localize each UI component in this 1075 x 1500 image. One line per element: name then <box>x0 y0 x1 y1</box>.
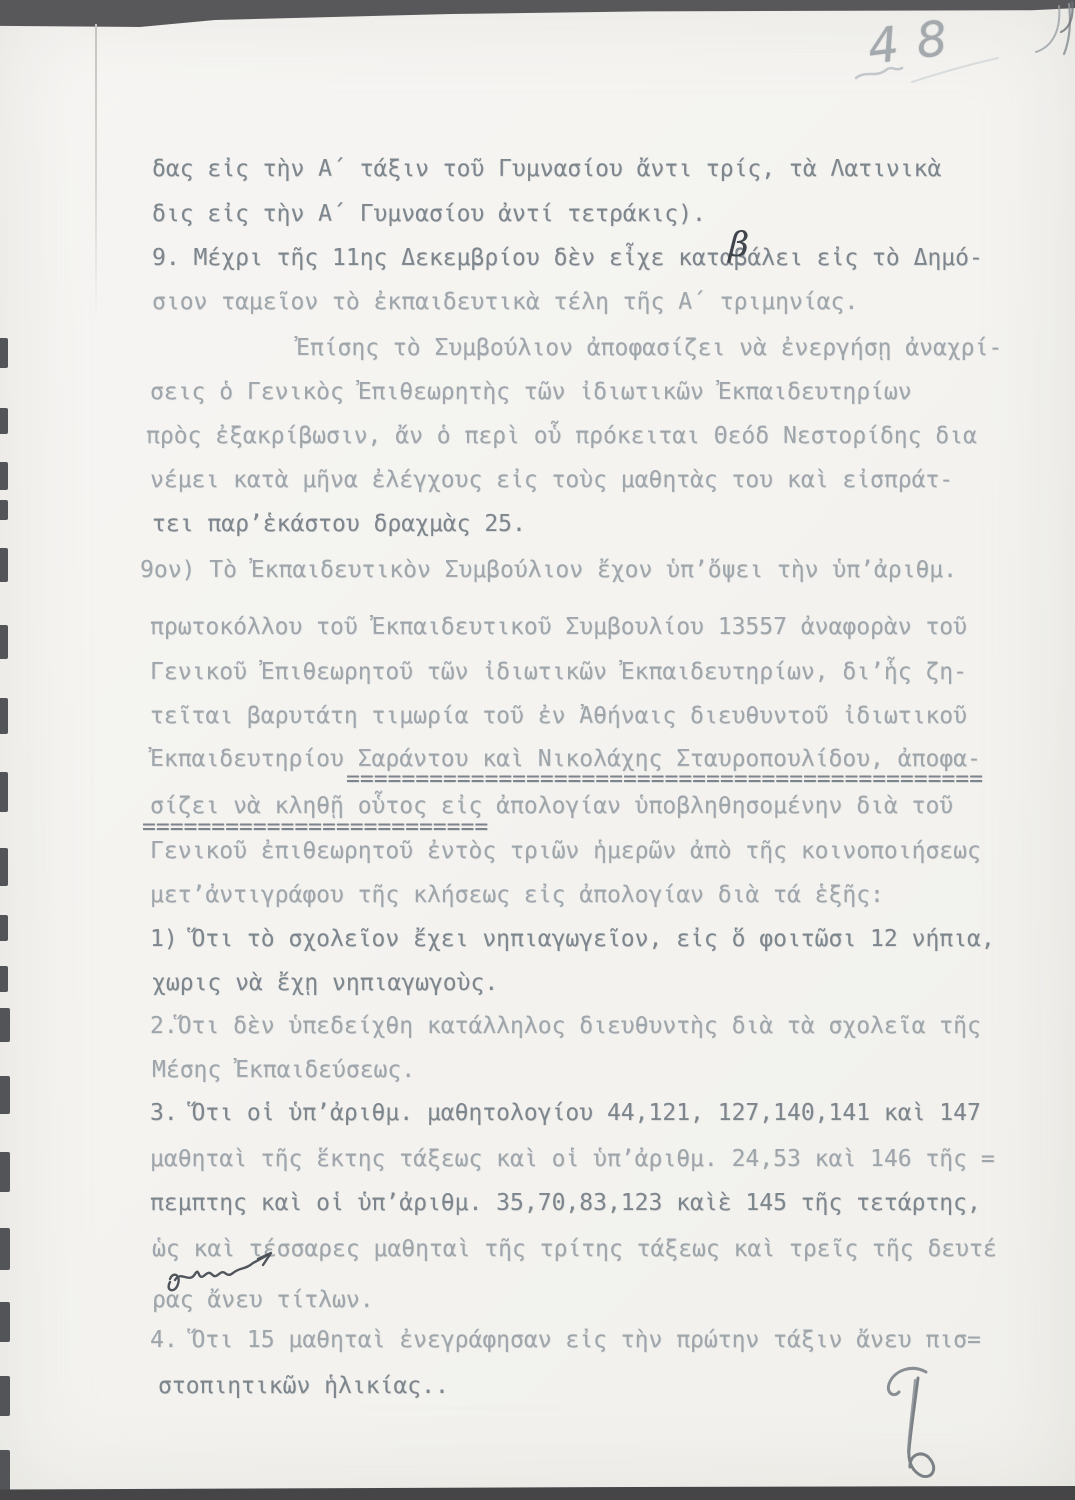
typed-line: πρὸς ἐξακρίβωσιν, ἄν ὁ περὶ οὗ πρόκειται… <box>146 424 977 448</box>
typed-line: Γενικοῦ Ἐπιθεωρητοῦ τῶν ἰδιωτικῶν Ἐκπαιδ… <box>150 660 967 684</box>
binding-dash <box>0 338 8 368</box>
corner-curl <box>1028 0 1075 58</box>
typed-line: δις εἰς τὴν Α΄ Γυμνασίου ἀντί τετράκις). <box>152 202 706 226</box>
binding-dash <box>0 1302 10 1342</box>
binding-dash <box>0 772 8 812</box>
binding-dash <box>0 698 8 734</box>
binding-dash <box>0 1376 10 1416</box>
typed-line: στοπιητικῶν ἡλικίας.. <box>158 1374 449 1398</box>
typed-line: δας εἰς τὴν Α΄ τάξιν τοῦ Γυμνασίου ἄντι … <box>152 157 941 181</box>
typed-line: Μέσης Ἐκπαιδεύσεως. <box>152 1058 415 1082</box>
typed-underline-row: ========================= <box>142 815 488 839</box>
typed-line: τει παρ’ἑκάστου δραχμὰς 25. <box>152 512 526 536</box>
binding-dash <box>0 1450 10 1492</box>
binding-dash <box>0 408 8 434</box>
typed-line: χωρις νὰ ἔχῃ νηπιαγωγοὺς. <box>152 971 498 995</box>
typed-line: σιον ταμεῖον τὸ ἐκπαιδευτικὰ τέλη τῆς Α΄… <box>152 290 858 314</box>
scanner-bottom-band <box>0 1486 1075 1500</box>
typed-line: 3. Ὅτι οἱ ὑπ’ἀριθμ. μαθητολογίου 44,121,… <box>150 1101 981 1125</box>
binding-dash <box>0 1228 10 1270</box>
binding-dash <box>0 915 8 941</box>
typed-line: πεμπτης καὶ οἱ ὑπ’ἀριθμ. 35,70,83,123 κα… <box>150 1191 981 1215</box>
typed-line: σεις ὁ Γενικὸς Ἐπιθεωρητὴς τῶν ἰδιωτικῶν… <box>150 380 912 404</box>
binding-dash <box>0 966 8 992</box>
binding-dash <box>0 548 8 582</box>
typed-line: 1) Ὅτι τὸ σχολεῖον ἔχει νηπιαγωγεῖον, εἰ… <box>150 927 995 951</box>
typed-line: μετ’ἀντιγράφου τῆς κλήσεως εἰς ἀπολογίαν… <box>150 883 884 907</box>
typed-line: πρωτοκόλλου τοῦ Ἐκπαιδευτικοῦ Συμβουλίου… <box>150 615 967 639</box>
marginal-scribble <box>162 1248 284 1296</box>
binding-dash <box>0 1076 10 1114</box>
typed-line: Ἐπίσης τὸ Συμβούλιον ἀποφασίζει νὰ ἐνεργ… <box>296 336 1002 360</box>
typed-line: 9ον) Τὸ Ἐκπαιδευτικὸν Συμβούλιον ἔχον ὑπ… <box>140 558 957 582</box>
scanned-document-page: δας εἰς τὴν Α΄ τάξιν τοῦ Γυμνασίου ἄντι … <box>0 0 1075 1500</box>
typed-line: μαθηταὶ τῆς ἕκτης τάξεως καὶ οἱ ὑπ’ἀριθμ… <box>150 1147 995 1171</box>
typed-line: 2.Ὅτι δὲν ὑπεδείχθη κατάλληλος διευθυντὴ… <box>150 1014 981 1038</box>
binding-dash <box>0 1152 10 1192</box>
pencil-stroke <box>852 48 1002 88</box>
signature-flourish <box>858 1362 970 1488</box>
typed-line: 4. Ὅτι 15 μαθηταὶ ἐνεγράφησαν εἰς τὴν πρ… <box>150 1328 981 1352</box>
typed-line: 9. Μέχρι τῆς 11ης Δεκεμβρίου δὲν εἶχε κα… <box>152 246 983 270</box>
binding-dash <box>0 625 8 659</box>
typed-line: Γενικοῦ ἐπιθεωρητοῦ ἐντὸς τριῶν ἡμερῶν ἀ… <box>150 839 981 863</box>
binding-dash <box>0 848 8 886</box>
typed-underline-row: ========================================… <box>346 767 983 791</box>
binding-dash <box>0 462 8 490</box>
typed-line: τεῖται βαρυτάτη τιμωρία τοῦ ἐν Ἀθήναις δ… <box>150 704 967 728</box>
page-fold-edge <box>95 24 97 324</box>
typed-line: νέμει κατὰ μῆνα ἐλέγχους εἰς τοὺς μαθητὰ… <box>150 468 953 492</box>
handwritten-beta-correction: β <box>728 228 749 263</box>
binding-dash <box>0 500 8 520</box>
binding-dash <box>0 1008 10 1042</box>
